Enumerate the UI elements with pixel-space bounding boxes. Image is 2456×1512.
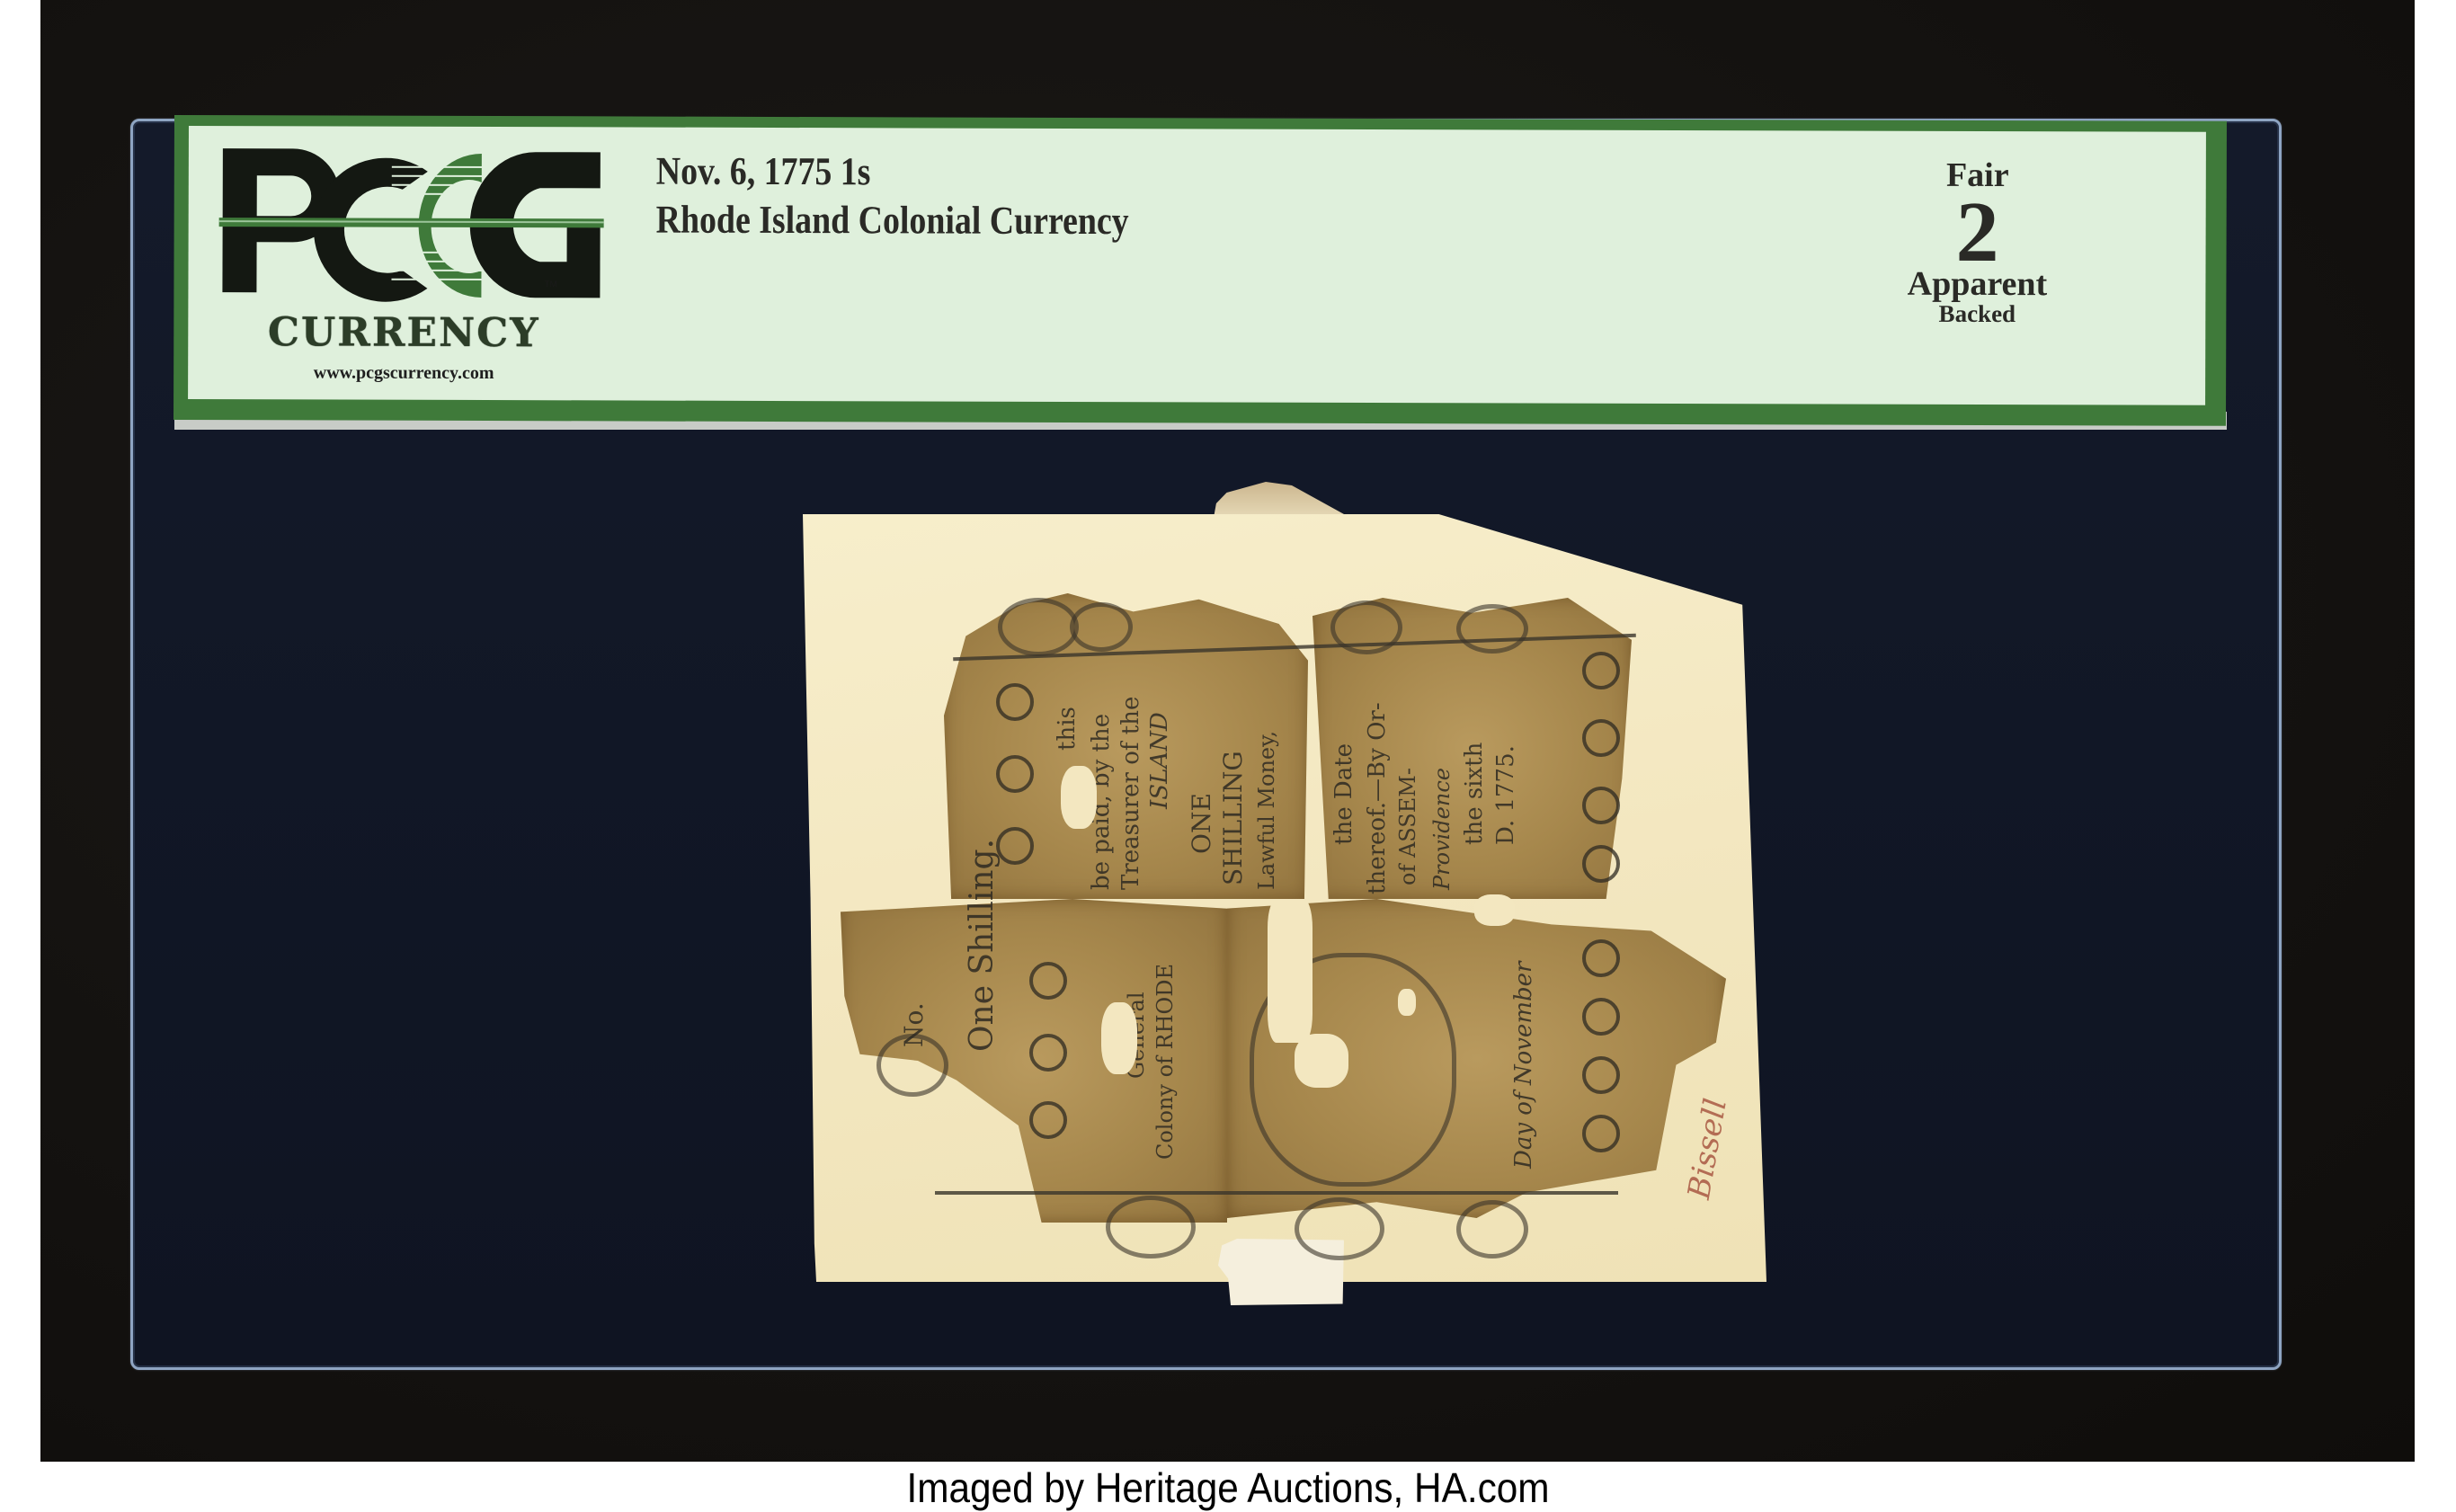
medallion-icon: [996, 827, 1034, 865]
note-text-col8: the Date: [1330, 743, 1357, 845]
trademark-symbol: TM: [544, 280, 556, 289]
medallion-icon: [1582, 787, 1620, 824]
currency-wordmark: CURRENCY: [224, 309, 583, 356]
medallion-icon: [1582, 719, 1620, 757]
note-text-col7: Lawful Money,: [1254, 731, 1279, 890]
grade-qualifier-apparent: Apparent: [1887, 268, 2067, 301]
note-text-col11: Providence: [1429, 768, 1455, 890]
medallion-icon: [1582, 1115, 1620, 1152]
note-text-col4: ISLAND: [1146, 712, 1173, 809]
medallion-icon: [1029, 1034, 1067, 1072]
note-date-denomination: Nov. 6, 1775 1s: [656, 147, 1129, 198]
note-hole: [1268, 899, 1313, 1043]
medallion-icon: [1582, 939, 1620, 977]
note-text-col13: D. 1775.: [1492, 745, 1519, 845]
medallion-icon: [1582, 998, 1620, 1036]
note-description: Nov. 6, 1775 1s Rhode Island Colonial Cu…: [656, 147, 1206, 246]
note-text-col10: of ASSEM-: [1395, 768, 1420, 885]
pcgs-currency-logo: TM CURRENCY www.pcgscurrency.com: [211, 135, 608, 378]
grade-number: 2: [1888, 196, 2068, 269]
scroll-ornament: [1456, 604, 1528, 654]
medallion-icon: [1582, 845, 1620, 883]
scroll-ornament: [1295, 1197, 1384, 1260]
note-text-col3: Treasurer of the: [1117, 697, 1144, 890]
scroll-ornament: [1106, 1196, 1196, 1259]
note-hole: [1061, 766, 1097, 829]
note-hole: [1398, 989, 1416, 1016]
note-text-col1: this: [1054, 707, 1081, 751]
note-text-lower2: Colony of RHODE: [1152, 964, 1178, 1160]
note-text-denomination: One Shilling.: [964, 839, 1001, 1052]
scroll-ornament: [1330, 600, 1402, 654]
medallion-icon: [1029, 1101, 1067, 1139]
image-credit-caption: Imaged by Heritage Auctions, HA.com: [98, 1463, 2357, 1512]
grade-qualifier-backed: Backed: [1887, 300, 2067, 328]
note-hole: [1474, 894, 1515, 926]
note-text-col9: thereof.—By Or-: [1364, 702, 1391, 894]
note-text-serial: No.: [899, 1002, 929, 1047]
medallion-icon: [1029, 962, 1067, 1000]
website-url: www.pcgscurrency.com: [224, 362, 583, 384]
medallion-icon: [996, 683, 1034, 721]
note-text-col12: the sixth: [1461, 743, 1488, 845]
grading-label: TM CURRENCY www.pcgscurrency.com Nov. 6,…: [174, 115, 2227, 426]
note-text-col6: SHILLING: [1218, 751, 1248, 885]
grade-block: Fair 2 Apparent Backed: [1887, 158, 2068, 328]
scroll-ornament: [998, 598, 1079, 656]
note-text-col5: ONE: [1187, 793, 1216, 854]
note-issuer: Rhode Island Colonial Currency: [656, 196, 1129, 246]
label-panel: TM CURRENCY www.pcgscurrency.com Nov. 6,…: [188, 126, 2206, 405]
scroll-ornament: [1456, 1200, 1528, 1259]
scroll-ornament: [1070, 602, 1133, 652]
border-rule-bottom: [935, 1191, 1618, 1195]
medallion-icon: [996, 755, 1034, 793]
medallion-icon: [1582, 1056, 1620, 1094]
note-hole: [1295, 1034, 1348, 1088]
note-text-lower3: Day of November: [1510, 962, 1537, 1169]
medallion-icon: [1582, 652, 1620, 689]
note-hole: [1101, 1002, 1137, 1074]
